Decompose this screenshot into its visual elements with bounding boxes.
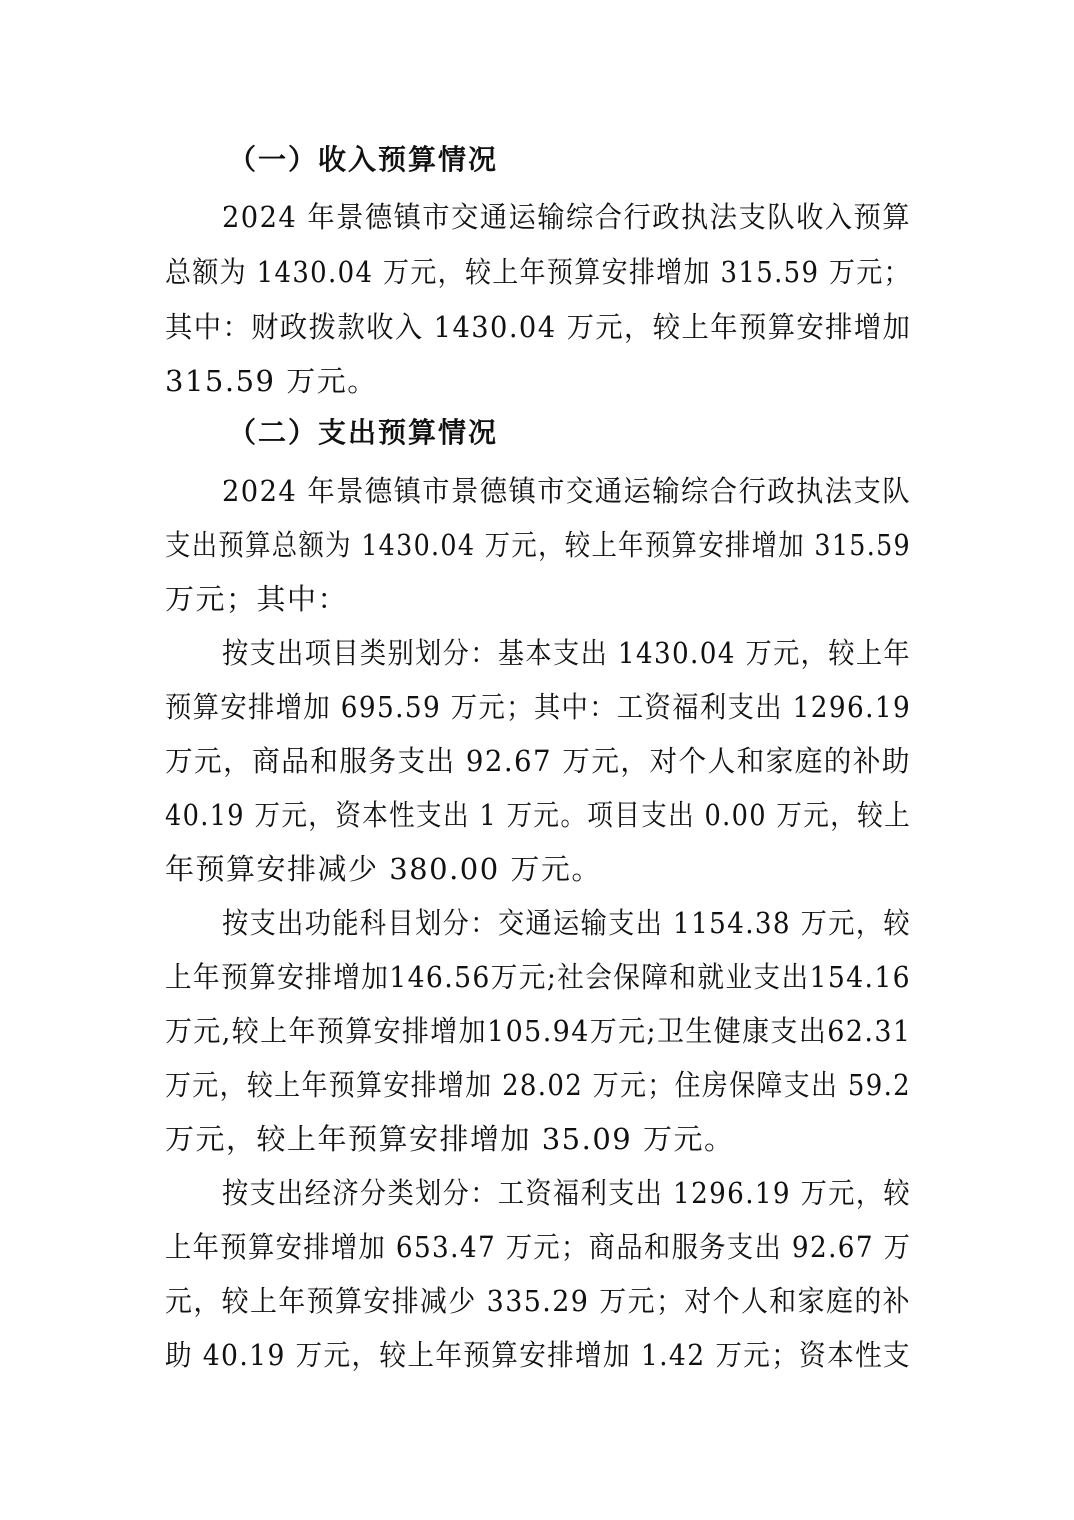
paragraph-line: 按支出功能科目划分：交通运输支出 1154.38 万元，较 xyxy=(222,906,911,940)
paragraph-line: 万元,较上年预算安排增加105.94万元;卫生健康支出62.31 xyxy=(165,1014,911,1048)
paragraph-line: 上年预算安排增加146.56万元;社会保障和就业支出154.16 xyxy=(165,960,911,994)
section-heading-income: （一）收入预算情况 xyxy=(228,143,498,177)
paragraph-line: 其中：财政拨款收入 1430.04 万元，较上年预算安排增加 xyxy=(165,310,911,344)
paragraph-line: 总额为 1430.04 万元，较上年预算安排增加 315.59 万元； xyxy=(165,255,911,289)
paragraph-line: 支出预算总额为 1430.04 万元，较上年预算安排增加 315.59 xyxy=(165,528,911,562)
paragraph-line: 万元，较上年预算安排增加 35.09 万元。 xyxy=(165,1122,911,1156)
paragraph-line: 2024 年景德镇市交通运输综合行政执法支队收入预算 xyxy=(222,200,911,234)
document-page: （一）收入预算情况 2024 年景德镇市交通运输综合行政执法支队收入预算 总额为… xyxy=(0,0,1074,1520)
paragraph-line: 年预算安排减少 380.00 万元。 xyxy=(165,852,911,886)
paragraph-line: 2024 年景德镇市景德镇市交通运输综合行政执法支队 xyxy=(222,474,911,508)
paragraph-line: 万元，商品和服务支出 92.67 万元，对个人和家庭的补助 xyxy=(165,744,911,778)
section-heading-expenditure: （二）支出预算情况 xyxy=(228,416,498,450)
paragraph-line: 元，较上年预算安排减少 335.29 万元；对个人和家庭的补 xyxy=(165,1284,911,1318)
paragraph-line: 按支出项目类别划分：基本支出 1430.04 万元，较上年 xyxy=(222,636,911,670)
paragraph-line: 40.19 万元，资本性支出 1 万元。项目支出 0.00 万元，较上 xyxy=(165,798,911,832)
paragraph-line: 万元，较上年预算安排增加 28.02 万元；住房保障支出 59.2 xyxy=(165,1068,911,1102)
paragraph-line: 万元；其中： xyxy=(165,582,911,616)
paragraph-line: 按支出经济分类划分：工资福利支出 1296.19 万元，较 xyxy=(222,1176,911,1210)
paragraph-line: 助 40.19 万元，较上年预算安排增加 1.42 万元；资本性支 xyxy=(165,1338,911,1372)
paragraph-line: 上年预算安排增加 653.47 万元；商品和服务支出 92.67 万 xyxy=(165,1230,911,1264)
paragraph-line: 预算安排增加 695.59 万元；其中：工资福利支出 1296.19 xyxy=(165,690,911,724)
paragraph-line: 315.59 万元。 xyxy=(165,364,911,398)
